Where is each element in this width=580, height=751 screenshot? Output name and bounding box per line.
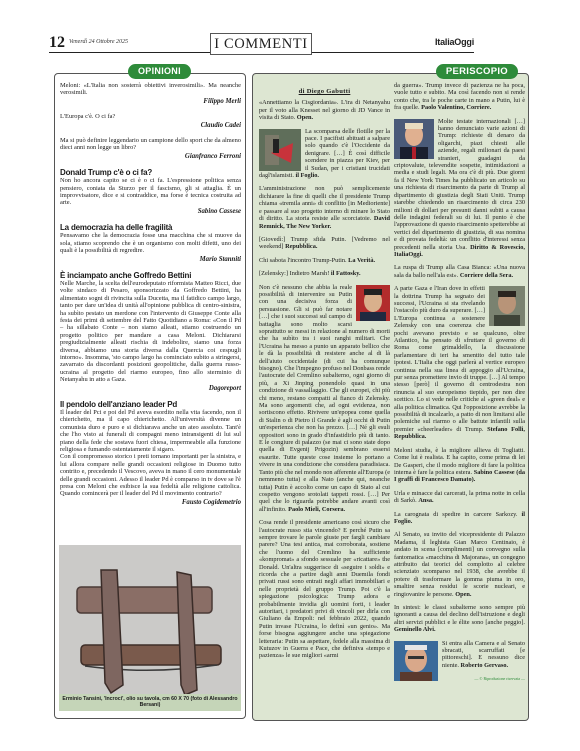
photo-caption: Erminio Tansini, 'Incroci', olio su tavo… xyxy=(59,694,241,711)
quote-source: Paolo Mieli, Corsera. xyxy=(288,506,345,513)
opinion-signature: Fausto Cogidemetrio xyxy=(60,499,241,506)
page-number: 12 xyxy=(49,34,65,52)
opinion-text: L'Europa c'è. O ci fa? xyxy=(60,113,241,120)
opinion-signature: Sabino Cassese xyxy=(60,208,241,215)
opinion-title: È inciampato anche Goffredo Bettini xyxy=(60,271,241,280)
quote-item: Al Senato, su invito del vicepresidente … xyxy=(394,531,525,598)
opinion-signature: Dagoreport xyxy=(60,385,241,392)
opinion-signature: Mario Stanniti xyxy=(60,256,241,263)
quote-item: Molte testate internazionali […] hanno d… xyxy=(394,118,525,259)
quote-item: Si entra alla Camera e al Senato sbracat… xyxy=(394,640,525,670)
quote-source: Open. xyxy=(297,114,313,121)
quote-item: [Giovedì:] Trump sfida Putin. [Vedremo n… xyxy=(259,236,390,251)
zelensky-photo xyxy=(489,286,525,326)
quote-item: Chi sabota l'incontro Trump-Putin. La Ve… xyxy=(259,257,390,264)
opinioni-content: Meloni: «L'Italia non sosterrà obiettivi… xyxy=(60,82,241,514)
quote-item: Urla e minacce dai carcerati, la prima n… xyxy=(394,490,525,505)
quote-item: Non c'è nessuno che abbia la reale possi… xyxy=(259,284,390,514)
quote-source: il Foglio. xyxy=(295,172,318,179)
periscopio-left-column: di Diego Gabutti «Annettiamo la Cisgiord… xyxy=(259,82,390,666)
periscopio-right-column: da guerra». Trump invece di pazienza ne … xyxy=(394,82,525,683)
periscopio-box: PERISCOPIO di Diego Gabutti «Annettiamo … xyxy=(252,73,529,721)
quote-item: Meloni studia, è la migliore allieva di … xyxy=(394,447,525,484)
xi-jinping-photo xyxy=(356,285,390,321)
page-date: Venerdì 24 Ottobre 2025 xyxy=(69,39,128,45)
quote-item: da guerra». Trump invece di pazienza ne … xyxy=(394,82,525,112)
italiaoggi-logo: ItaliaOggi xyxy=(435,37,474,47)
byline: di Diego Gabutti xyxy=(259,88,390,95)
quote-item: L'amministrazione non può semplicemente … xyxy=(259,185,390,229)
section-title: I COMMENTI xyxy=(210,33,312,55)
quote-item: [Zelensky:] Indietro Marsh! il Fattosky. xyxy=(259,270,390,277)
artwork-incroci-image xyxy=(59,545,241,697)
quote-source: Roberto Gervaso. xyxy=(461,662,509,669)
quote-source: Open. xyxy=(455,591,471,598)
opinion-signature: Gianfranco Ferroni xyxy=(60,153,241,160)
quote-source: Corriere della Sera. xyxy=(460,272,513,279)
quote-source: il Fattosky. xyxy=(331,270,361,277)
gervaso-photo xyxy=(394,641,438,681)
trump-photo xyxy=(394,119,434,159)
quote-item: In sintesi: le classi subalterne sono se… xyxy=(394,604,525,634)
opinion-text: Ma si può definire leggendario un campio… xyxy=(60,137,241,152)
opinion-text: Con il compromesso storico i preti torna… xyxy=(60,453,241,497)
quote-item: La carognata di spedire in carcere Sarko… xyxy=(394,511,525,526)
quote-item: Cosa rende il presidente americano così … xyxy=(259,519,390,660)
quote-item: A parte Gaza e l'Iran dove in effetti la… xyxy=(394,285,525,441)
opinion-signature: Filippo Merli xyxy=(60,98,241,105)
opinion-signature: Claudio Cadei xyxy=(60,122,241,129)
opinion-text: Meloni: «L'Italia non sosterrà obiettivi… xyxy=(60,82,241,97)
quote-source: Ansa. xyxy=(418,497,433,504)
opinion-text: Non ho ancora capito se ci è o ci fa. L'… xyxy=(60,177,241,207)
quote-source: La Verità. xyxy=(348,257,375,264)
opinion-text: Nelle Marche, la scelta dell'eurodeputat… xyxy=(60,280,241,384)
opinion-title: La democrazia ha delle fragilità xyxy=(60,223,241,232)
periscopio-badge: PERISCOPIO xyxy=(436,64,518,79)
page-header: 12 Venerdì 24 Ottobre 2025 I COMMENTI It… xyxy=(49,30,474,58)
quote-source: Repubblica. xyxy=(285,243,317,250)
quote-item: «Annettiamo la Cisgiordania». L'ira di N… xyxy=(259,99,390,121)
opinion-title: Donald Trump c'è o ci fa? xyxy=(60,168,241,177)
flotilla-photo xyxy=(259,129,301,171)
quote-item: La ruspa di Trump alla Casa Bianca: «Una… xyxy=(394,264,525,279)
quote-source: Geminello Alvi. xyxy=(394,626,436,633)
opinion-title: Il pendolo dell'anziano leader Pd xyxy=(60,400,241,409)
opinioni-box: OPINIONI Meloni: «L'Italia non sosterrà … xyxy=(54,73,246,719)
opinioni-badge: OPINIONI xyxy=(128,64,191,79)
opinion-text: Pensavamo che la democrazia fosse una ma… xyxy=(60,232,241,254)
quote-item: La scomparsa delle flotille per la pace.… xyxy=(259,128,390,180)
quote-source: Paolo Valentino, Corriere. xyxy=(421,104,491,111)
opinion-text: Il leader del Pci e poi del Pd aveva eso… xyxy=(60,409,241,453)
artwork-photo xyxy=(59,545,241,697)
